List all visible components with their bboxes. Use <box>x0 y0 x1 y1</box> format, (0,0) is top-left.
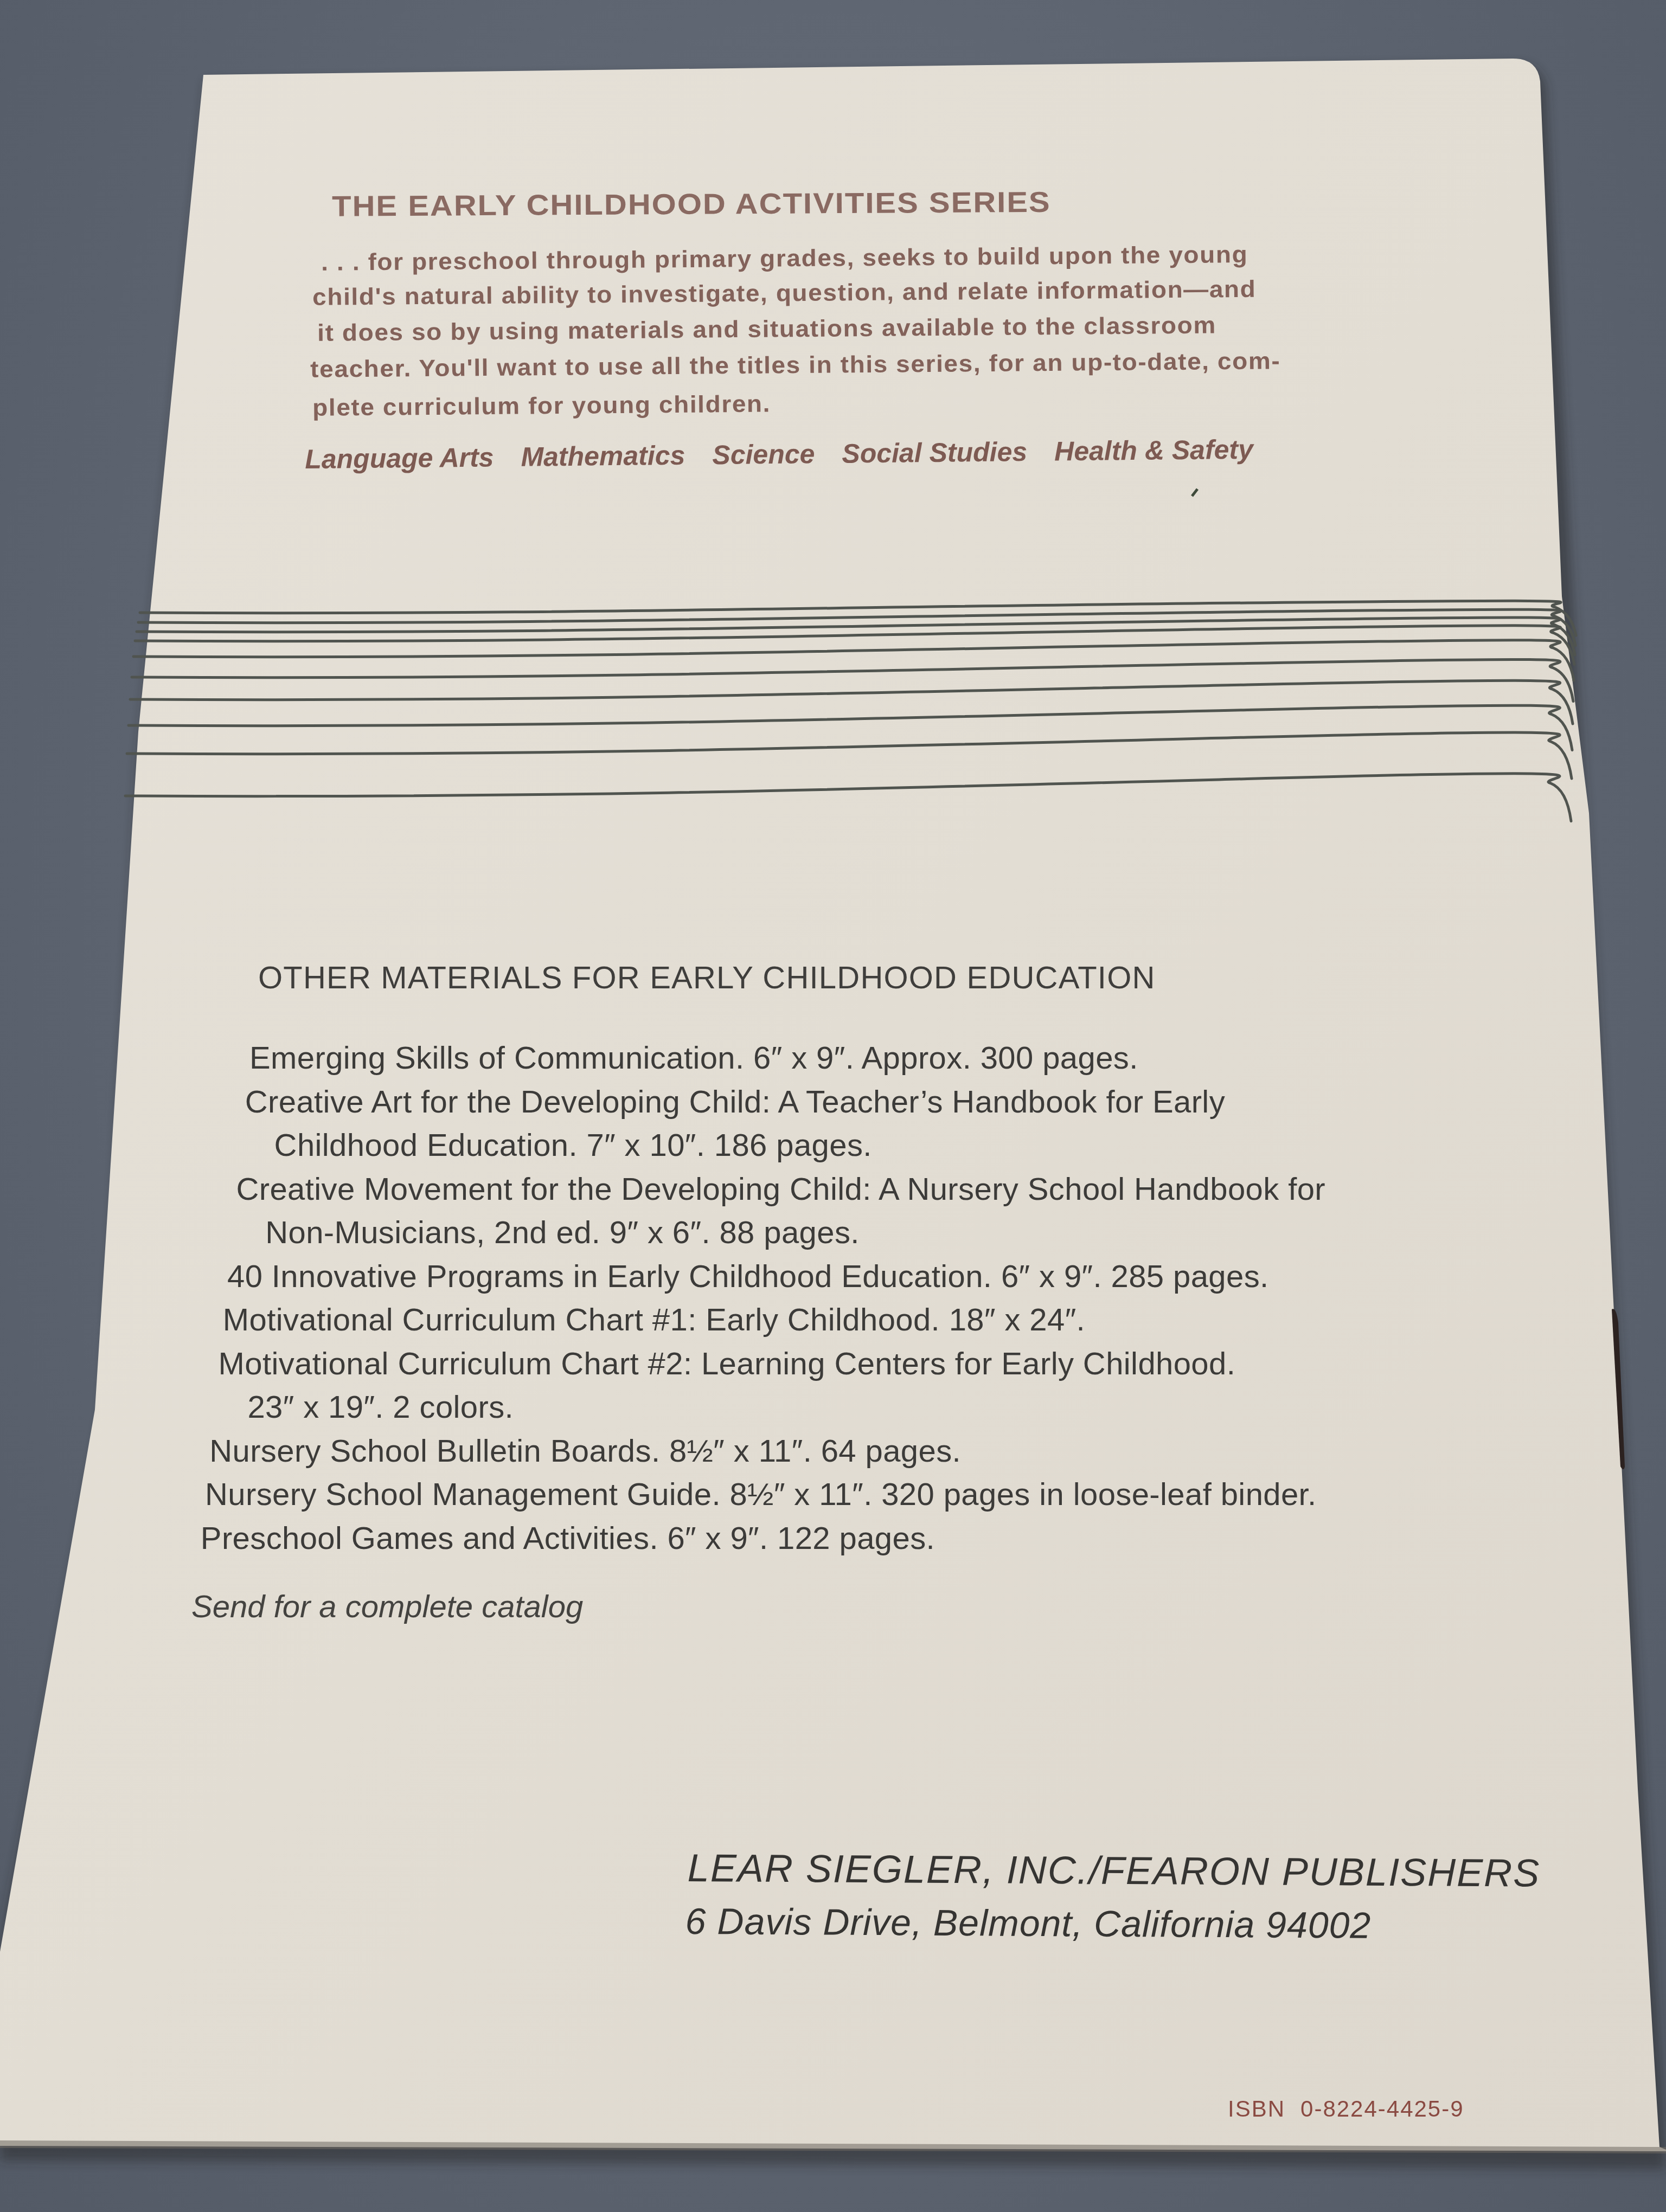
material-item-continued: 23″ x 19″. 2 colors. <box>247 1389 514 1425</box>
material-item: Motivational Curriculum Chart #1: Early … <box>223 1302 1085 1338</box>
series-title: THE EARLY CHILDHOOD ACTIVITIES SERIES <box>332 185 1051 223</box>
isbn-number: 0-8224-4425-9 <box>1300 2096 1464 2122</box>
material-item: Emerging Skills of Communication. 6″ x 9… <box>249 1040 1138 1076</box>
material-item: Motivational Curriculum Chart #2: Learni… <box>219 1346 1236 1382</box>
publisher-name: LEAR SIEGLER, INC./FEARON PUBLISHERS <box>687 1846 1540 1896</box>
isbn: ISBN 0-8224-4425-9 <box>1228 2096 1464 2122</box>
subject-item: Mathematics <box>521 440 685 473</box>
material-item: Nursery School Bulletin Boards. 8½″ x 11… <box>209 1433 961 1469</box>
material-item-continued: Non-Musicians, 2nd ed. 9″ x 6″. 88 pages… <box>265 1214 860 1251</box>
material-item: Creative Art for the Developing Child: A… <box>245 1084 1225 1120</box>
material-item: Preschool Games and Activities. 6″ x 9″.… <box>201 1520 935 1557</box>
subject-item: Language Arts <box>305 441 494 475</box>
subject-item: Social Studies <box>842 436 1027 470</box>
material-item-continued: Childhood Education. 7″ x 10″. 186 pages… <box>274 1127 872 1163</box>
isbn-label: ISBN <box>1228 2096 1285 2122</box>
material-item: Nursery School Management Guide. 8½″ x 1… <box>205 1476 1317 1513</box>
publisher-address: 6 Davis Drive, Belmont, California 94002 <box>685 1900 1372 1947</box>
subject-item: Health & Safety <box>1054 434 1253 467</box>
subject-item: Science <box>712 438 815 471</box>
catalog-note: Send for a complete catalog <box>191 1589 583 1625</box>
material-item: 40 Innovative Programs in Early Childhoo… <box>227 1258 1269 1295</box>
blurb-line: plete curriculum for young children. <box>312 390 771 422</box>
other-materials-title: OTHER MATERIALS FOR EARLY CHILDHOOD EDUC… <box>258 960 1156 996</box>
material-item: Creative Movement for the Developing Chi… <box>236 1171 1325 1207</box>
